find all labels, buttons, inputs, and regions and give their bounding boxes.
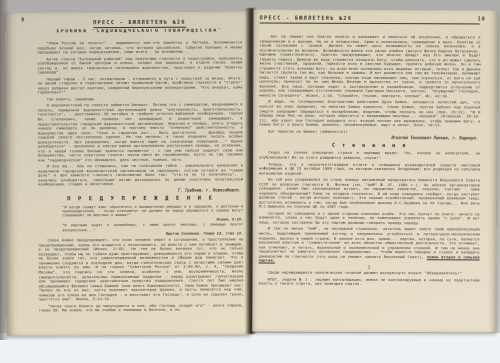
epigraph-block: "И когда скажут вам: обратитесь к вызыва… bbox=[62, 204, 243, 236]
closing-paragraphs: Среди нарождающихся политических течений… bbox=[258, 271, 479, 288]
paragraph: Слово Божие предупреждает, что если чело… bbox=[38, 238, 243, 303]
left-body-paragraphs: "Умом Россию не понять!" - вырывается ко… bbox=[37, 40, 243, 187]
slogan-paragraph: И тем не менее "АиФ", на последней стран… bbox=[259, 227, 480, 264]
page-right: ПРЕСС - БЮЛЛЕТЕНЬ №26 10 -Бог не лишает … bbox=[252, 9, 497, 332]
chronicle-title: ХРОНИКА "САДОВОДЧЕСКОГО ТОВАРИЩЕСТВА" bbox=[35, 28, 243, 34]
paragraph: Теперь, это о несоответствующем отчете о… bbox=[259, 162, 480, 177]
scan-background-bottom bbox=[0, 333, 500, 363]
right-text-column: -Бог не лишает нас благих палитр и разре… bbox=[258, 23, 480, 289]
paragraph: Среди нарождающихся политических течений… bbox=[259, 271, 480, 276]
page-number-left: 9 bbox=[21, 18, 25, 24]
paragraph: -Бог не лишает нас благих палитр и разре… bbox=[259, 34, 480, 98]
paragraph: А журналистский по совести займется банк… bbox=[38, 103, 243, 163]
signature-grebnev: Г. Гребнев, г. Новосибирск. bbox=[38, 188, 241, 194]
page-number-right: 10 bbox=[478, 16, 486, 22]
paragraph: "Умом Россию не понять!" - вырывается ко… bbox=[37, 40, 242, 55]
paragraph: В виде, не созижденных благодатным дейст… bbox=[259, 100, 480, 128]
paragraph: Скоро на сличке очередная строка и надеж… bbox=[259, 151, 480, 161]
masthead-left: ПРЕСС - БЮЛЛЕТЕНЬ №26 bbox=[93, 20, 186, 28]
paragraph: На сей раз создавшийся по этому поводу п… bbox=[259, 178, 480, 211]
paragraph: И все же... Как ни старались, как ни гол… bbox=[38, 164, 243, 188]
epigraph-quote-1: "И когда скажут вам: обратитесь к вызыва… bbox=[62, 204, 243, 218]
paragraph: "Читая книги Нового до манускрипта в нем… bbox=[39, 303, 244, 313]
lament-paragraphs: Скоро на сличке очередная строка и надеж… bbox=[259, 151, 480, 226]
paragraph: Сегодня не совершило и с одной стороны с… bbox=[259, 211, 480, 226]
page-left: 9 ПРЕСС - БЮЛЛЕТЕНЬ №26 ХРОНИКА "САДОВОД… bbox=[5, 11, 251, 335]
left-text-column: "Умом Россию не понять!" - вырывается ко… bbox=[37, 40, 243, 315]
paragraph: Первый тираж - 5 тыс. экземпляров - отпр… bbox=[37, 76, 242, 95]
warning-heading: П Р Е Д У П Р Е Ж Д Е Н И Е bbox=[38, 196, 243, 203]
paragraph: ИТОГ, задача № 1 - первым консолидации, … bbox=[258, 277, 479, 287]
paragraph: Актив газеты "Кузнецкий рабочий" под лоз… bbox=[37, 56, 242, 75]
left-warning-paragraphs: Слово Божие предупреждает, что если чело… bbox=[38, 238, 243, 314]
right-body-paragraphs: -Бог не лишает нас благих палитр и разре… bbox=[259, 34, 480, 134]
paragraph: Бог поруган не бывает (обманется)! bbox=[259, 129, 480, 134]
scanned-bulletin-spread: 9 ПРЕСС - БЮЛЛЕТЕНЬ №26 ХРОНИКА "САДОВОД… bbox=[0, 0, 500, 363]
lament-heading: С т е н а н и я bbox=[259, 143, 480, 150]
signature-lapkin: Игнатий Тихонович Лапкин, г. Барнаул. bbox=[259, 136, 478, 141]
